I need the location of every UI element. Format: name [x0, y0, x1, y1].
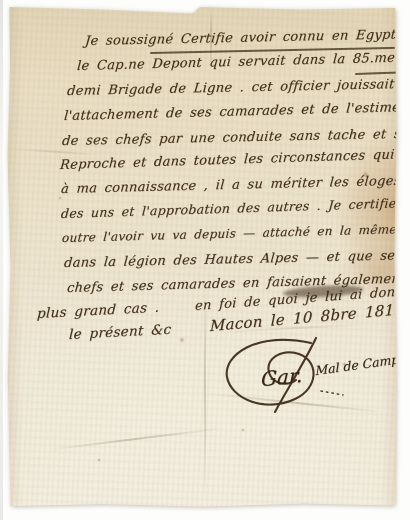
photo-frame: Je soussigné Certifie avoir connu en Egy… [0, 0, 410, 520]
manuscript-line: des uns et l'approbation des autres . Je… [60, 195, 410, 221]
manuscript-line: le Cap.ne Depont qui servait dans la 85.… [76, 51, 395, 74]
signature-paraph: Gar. [261, 363, 303, 392]
manuscript-line: à ma connaissance , il a su mériter les … [60, 174, 401, 197]
manuscript-line: demi Brigade de Ligne . cet officier jou… [66, 77, 410, 99]
document-paper: Je soussigné Certifie avoir connu en Egy… [7, 5, 397, 508]
manuscript-line: le présent &c [69, 322, 172, 343]
scan-edge-shading [0, 0, 3, 520]
manuscript-line: l'attachement de ses camarades et de l'e… [63, 100, 400, 124]
manuscript-line: dans la légion des Hautes Alpes — et que… [63, 248, 402, 271]
manuscript-text: Je soussigné Certifie avoir connu en Egy… [7, 5, 397, 508]
signature-flourish-icon [215, 335, 397, 423]
manuscript-line: plus grand cas . [37, 300, 160, 322]
manuscript-line: Reproche et dans toutes les circonstance… [59, 146, 410, 173]
paper-sheet: Je soussigné Certifie avoir connu en Egy… [7, 5, 397, 508]
manuscript-line: Je soussigné Certifie avoir connu en Egy… [84, 27, 410, 49]
manuscript-line: outre l'avoir vu va depuis — attaché en … [61, 221, 410, 245]
manuscript-line: de ses chefs par une conduite sans tache… [61, 126, 410, 149]
signature-block: Gar. Mal de Camp. [215, 335, 397, 423]
